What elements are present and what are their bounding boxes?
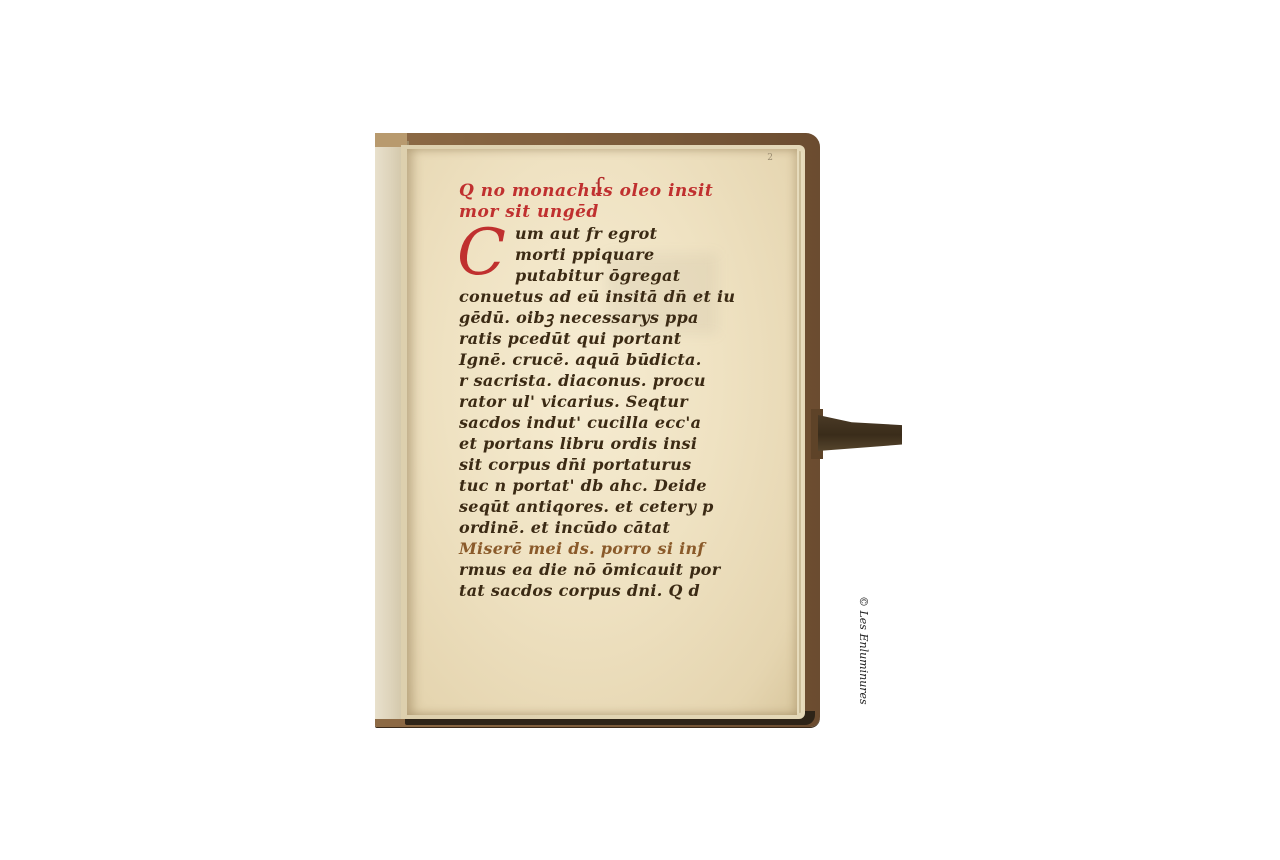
text-line: seqūt antiqores. et cetery p xyxy=(459,496,749,517)
metal-clasp xyxy=(818,415,902,451)
text-line: tuc n portat' db ahc. Deide xyxy=(459,475,749,496)
decorated-initial: C xyxy=(457,223,506,283)
text-line: gēdū. oibꝫ necessarys ppa xyxy=(459,307,749,328)
text-line: tat sacdos corpus dni. Q d xyxy=(459,580,749,601)
text-line: ratis pcedūt qui portant xyxy=(459,328,749,349)
text-line: sacdos indut' cucilla ecc'a xyxy=(459,412,749,433)
text-line: ordinē. et incūdo cātat xyxy=(459,517,749,538)
text-line: sit corpus dn̄i portaturus xyxy=(459,454,749,475)
text-line: rator ul' vicarius. Seqtur xyxy=(459,391,749,412)
text-line: r sacrista. diaconus. procu xyxy=(459,370,749,391)
manuscript-book: 2 ſ Q no monachus oleo insit mor sit ung… xyxy=(375,133,823,728)
text-line: rmus ea die nō ōmicauit por xyxy=(459,559,749,580)
text-block: Q no monachus oleo insit mor sit ungēd C… xyxy=(459,181,749,601)
text-line: Miserē mei ds. porro si inf xyxy=(459,538,749,559)
rubric-line: Q no monachus oleo insit xyxy=(459,181,749,202)
folio-number: 2 xyxy=(767,153,773,163)
text-line: et portans libru ordis insi xyxy=(459,433,749,454)
initial-row: C um aut fr egrot morti ppiquare putabit… xyxy=(459,223,749,286)
text-line: Ignē. crucē. aquā būdicta. xyxy=(459,349,749,370)
manuscript-page: 2 ſ Q no monachus oleo insit mor sit ung… xyxy=(407,149,797,715)
copyright-credit: © Les Enluminures xyxy=(857,596,870,705)
